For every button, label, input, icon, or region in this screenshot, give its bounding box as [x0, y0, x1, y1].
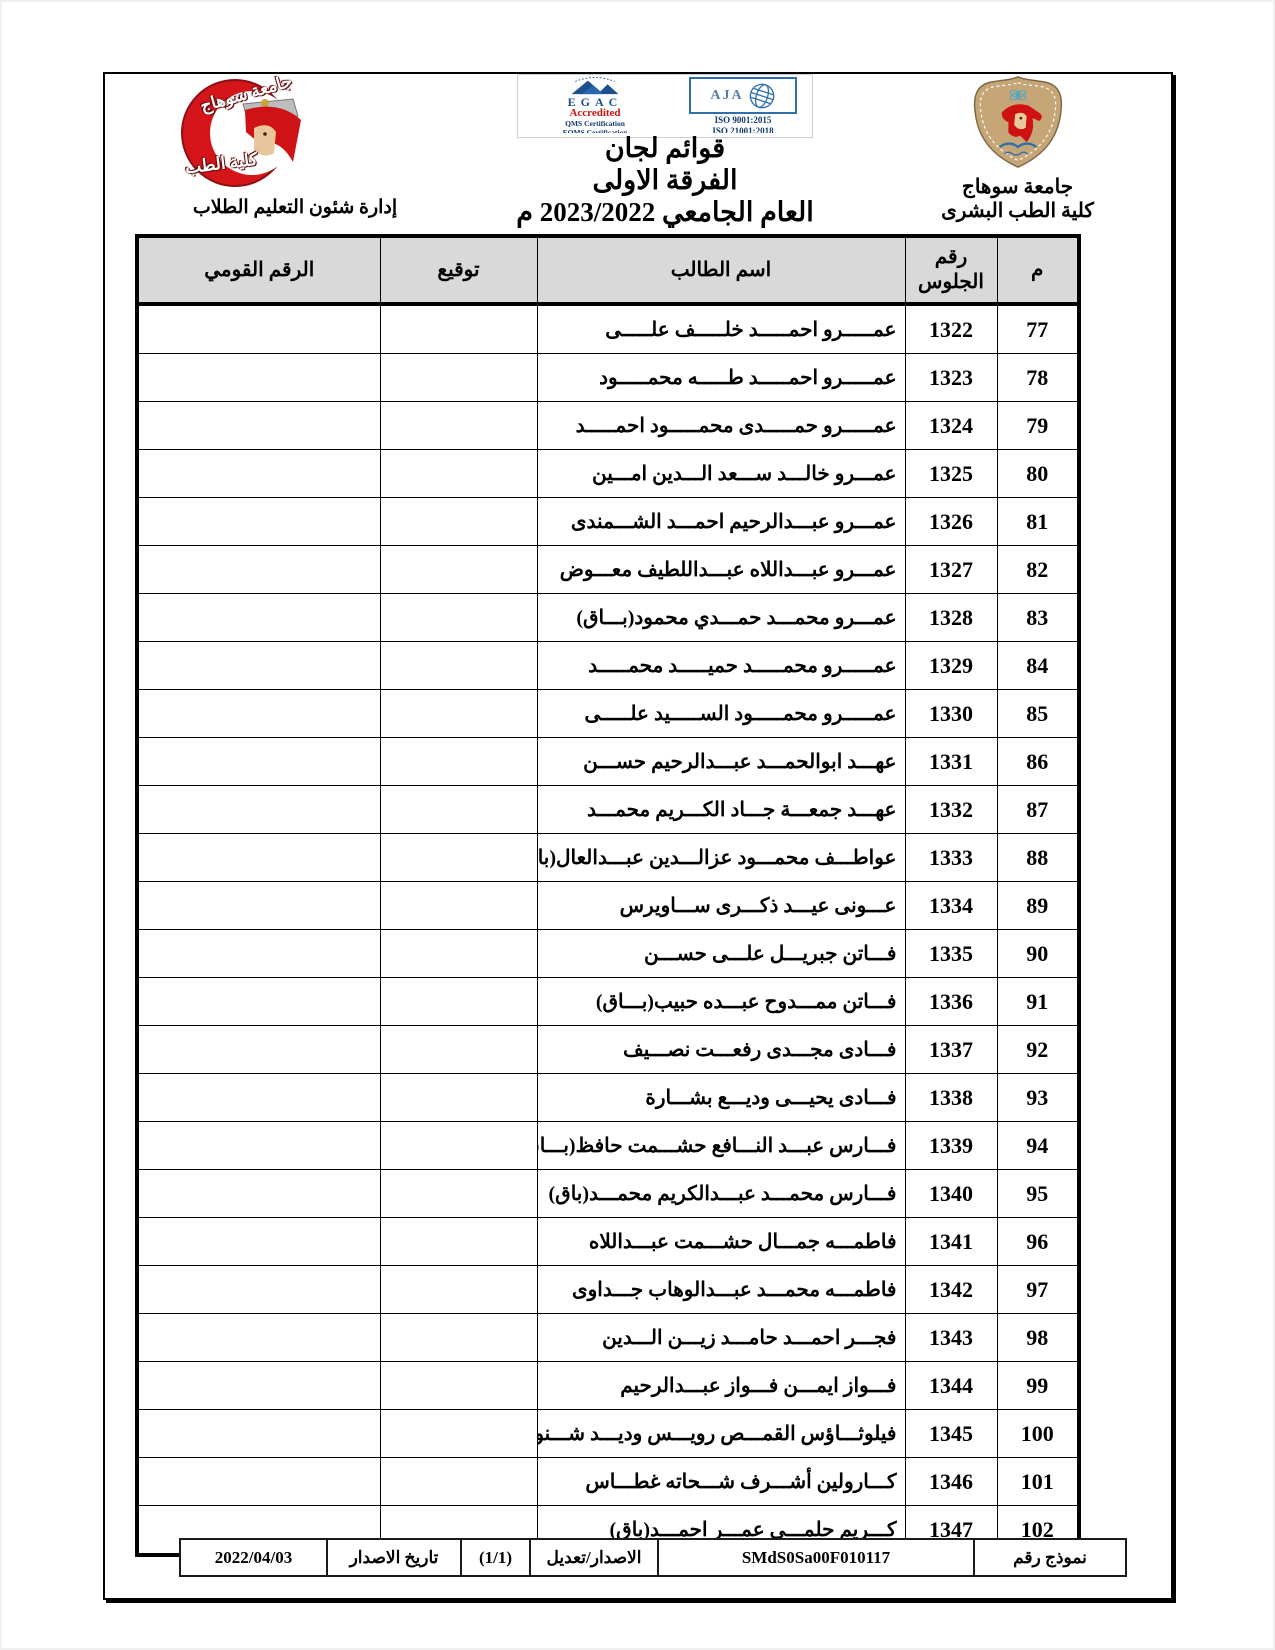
signature-cell	[380, 1458, 537, 1506]
student-row: 871332عهـــد جمعـــة جـــاد الكـــريم مح…	[137, 786, 1079, 834]
aja-logo: AJA ISO 9001:2015 ISO 21001:2018	[678, 77, 808, 133]
seat-number-cell: 1322	[905, 304, 997, 354]
issue-date-label: تاريخ الاصدار	[327, 1539, 461, 1576]
seat-number-cell: 1341	[905, 1218, 997, 1266]
form-number-label: نموذج رقم	[974, 1539, 1126, 1576]
student-affairs-caption: إدارة شئون التعليم الطلاب	[165, 196, 425, 219]
student-name-cell: فاطمـــه محمـــد عبـــدالوهاب جـــداوى	[537, 1266, 905, 1314]
seat-number-cell: 1325	[905, 450, 997, 498]
student-row: 861331عهـــد ابوالحمـــد عبـــدالرحيم حس…	[137, 738, 1079, 786]
university-branding: جامعة سوهاج كلية الطب البشرى	[895, 74, 1140, 223]
signature-cell	[380, 1218, 537, 1266]
student-row: 971342فاطمـــه محمـــد عبـــدالوهاب جـــ…	[137, 1266, 1079, 1314]
seat-number-cell: 1344	[905, 1362, 997, 1410]
index-cell: 81	[997, 498, 1079, 546]
national-id-cell	[137, 1410, 380, 1458]
student-row: 1011346كـــارولين أشـــرف شـــحاته غطـــ…	[137, 1458, 1079, 1506]
student-name-cell: عمـــرو محمـــد حمـــدي محمود(بـــاق)	[537, 594, 905, 642]
index-cell: 91	[997, 978, 1079, 1026]
seat-number-cell: 1327	[905, 546, 997, 594]
signature-cell	[380, 354, 537, 402]
national-id-cell	[137, 1026, 380, 1074]
roster-header-row: م رقم الجلوس اسم الطالب توقيع الرقم القو…	[137, 236, 1079, 304]
student-name-cell: فاطمـــه جمـــال حشـــمت عبـــداللاه	[537, 1218, 905, 1266]
student-row: 841329عمـــــرو محمـــــد حميـــــد محمـ…	[137, 642, 1079, 690]
index-cell: 93	[997, 1074, 1079, 1122]
col-header-seat-number: رقم الجلوس	[905, 236, 997, 304]
student-row: 891334عـــونى عيـــد ذكـــرى ســـاويرس	[137, 882, 1079, 930]
seat-number-cell: 1335	[905, 930, 997, 978]
egac-logo: EGAC Accredited QMS Certification EOMS C…	[520, 77, 670, 133]
student-name-cell: عمـــــرو حمـــــدى محمـــــود احمـــــد	[537, 402, 905, 450]
index-cell: 98	[997, 1314, 1079, 1362]
student-row: 1001345فيلوثـــاؤس القمـــص رويـــس وديـ…	[137, 1410, 1079, 1458]
student-row: 901335فـــاتن جبريـــل علـــى حســـن	[137, 930, 1079, 978]
index-cell: 92	[997, 1026, 1079, 1074]
seat-number-cell: 1333	[905, 834, 997, 882]
national-id-cell	[137, 738, 380, 786]
seat-number-cell: 1326	[905, 498, 997, 546]
seat-number-cell: 1323	[905, 354, 997, 402]
student-name-cell: فيلوثـــاؤس القمـــص رويـــس وديـــد شــ…	[537, 1410, 905, 1458]
egac-cert-line: QMS Certification	[520, 120, 670, 128]
national-id-cell	[137, 1170, 380, 1218]
student-name-cell: عمـــــرو محمـــــد حميـــــد محمـــــد	[537, 642, 905, 690]
national-id-cell	[137, 834, 380, 882]
national-id-cell	[137, 1314, 380, 1362]
student-row: 791324عمـــــرو حمـــــدى محمـــــود احم…	[137, 402, 1079, 450]
student-row: 851330عمـــــرو محمـــــود الســـــيد عل…	[137, 690, 1079, 738]
index-cell: 101	[997, 1458, 1079, 1506]
seat-number-cell: 1337	[905, 1026, 997, 1074]
student-name-cell: فـــواز ايمـــن فـــواز عبـــدالرحيم	[537, 1362, 905, 1410]
document-titles: قوائم لجان الفرقة الاولى العام الجامعي 2…	[505, 132, 825, 228]
national-id-cell	[137, 304, 380, 354]
page-border-frame: جامعة سوهاج كلية الطب إدارة شئون التعليم…	[103, 72, 1173, 1600]
student-name-cell: فـــادى مجـــدى رفعـــت نصـــيف	[537, 1026, 905, 1074]
seat-number-cell: 1331	[905, 738, 997, 786]
accreditation-logos: EGAC Accredited QMS Certification EOMS C…	[517, 74, 813, 138]
index-cell: 94	[997, 1122, 1079, 1170]
student-name-cell: عواطـــف محمـــود عزالـــدين عبـــدالعال…	[537, 834, 905, 882]
seat-number-cell: 1329	[905, 642, 997, 690]
signature-cell	[380, 1026, 537, 1074]
student-row: 881333عواطـــف محمـــود عزالـــدين عبـــ…	[137, 834, 1079, 882]
national-id-cell	[137, 450, 380, 498]
seat-number-cell: 1339	[905, 1122, 997, 1170]
signature-cell	[380, 1170, 537, 1218]
student-row: 831328عمـــرو محمـــد حمـــدي محمود(بـــ…	[137, 594, 1079, 642]
student-name-cell: فـــارس عبـــد النـــافع حشـــمت حافظ(بـ…	[537, 1122, 905, 1170]
national-id-cell	[137, 882, 380, 930]
student-name-cell: عـــونى عيـــد ذكـــرى ســـاويرس	[537, 882, 905, 930]
signature-cell	[380, 978, 537, 1026]
seat-number-cell: 1328	[905, 594, 997, 642]
index-cell: 90	[997, 930, 1079, 978]
national-id-cell	[137, 1362, 380, 1410]
issue-label: الاصدار/تعديل	[530, 1539, 658, 1576]
seat-number-cell: 1330	[905, 690, 997, 738]
egac-mountains-icon	[565, 77, 625, 95]
student-row: 981343فجـــر احمـــد حامـــد زيـــن الــ…	[137, 1314, 1079, 1362]
student-row: 781323عمـــــرو احمـــــد طـــــه محمـــ…	[137, 354, 1079, 402]
student-name-cell: عمـــرو عبـــداللاه عبـــداللطيف معـــوض	[537, 546, 905, 594]
issue-date-value: 2022/04/03	[180, 1539, 327, 1576]
index-cell: 78	[997, 354, 1079, 402]
signature-cell	[380, 930, 537, 978]
student-row: 811326عمـــرو عبـــدالرحيم احمـــد الشــ…	[137, 498, 1079, 546]
student-row: 921337فـــادى مجـــدى رفعـــت نصـــيف	[137, 1026, 1079, 1074]
aja-letters: AJA	[710, 88, 743, 104]
signature-cell	[380, 1266, 537, 1314]
signature-cell	[380, 642, 537, 690]
seat-number-cell: 1338	[905, 1074, 997, 1122]
national-id-cell	[137, 1122, 380, 1170]
index-cell: 89	[997, 882, 1079, 930]
university-name: جامعة سوهاج	[895, 175, 1140, 199]
signature-cell	[380, 546, 537, 594]
national-id-cell	[137, 1458, 380, 1506]
seat-number-cell: 1346	[905, 1458, 997, 1506]
signature-cell	[380, 1122, 537, 1170]
index-cell: 80	[997, 450, 1079, 498]
index-cell: 87	[997, 786, 1079, 834]
title-first-year: الفرقة الاولى	[505, 164, 825, 196]
form-number-value: SMdS0Sa00F010117	[658, 1539, 974, 1576]
roster-body: 771322عمـــــرو احمـــــد خلـــــف علـــ…	[137, 304, 1079, 1555]
index-cell: 97	[997, 1266, 1079, 1314]
student-row: 941339فـــارس عبـــد النـــافع حشـــمت ح…	[137, 1122, 1079, 1170]
index-cell: 82	[997, 546, 1079, 594]
col-header-national-id: الرقم القومي	[137, 236, 380, 304]
national-id-cell	[137, 1218, 380, 1266]
signature-cell	[380, 304, 537, 354]
national-id-cell	[137, 594, 380, 642]
national-id-cell	[137, 642, 380, 690]
signature-cell	[380, 498, 537, 546]
issue-value: (1/1)	[461, 1539, 530, 1576]
signature-cell	[380, 450, 537, 498]
col-header-student-name: اسم الطالب	[537, 236, 905, 304]
iso-line: ISO 9001:2015	[678, 115, 808, 125]
index-cell: 84	[997, 642, 1079, 690]
student-name-cell: عمـــرو خالـــد ســـعد الـــدين امـــين	[537, 450, 905, 498]
signature-cell	[380, 402, 537, 450]
form-meta-table: نموذج رقم SMdS0Sa00F010117 الاصدار/تعديل…	[179, 1538, 1127, 1577]
student-row: 821327عمـــرو عبـــداللاه عبـــداللطيف م…	[137, 546, 1079, 594]
student-name-cell: عمـــــرو احمـــــد طـــــه محمـــــود	[537, 354, 905, 402]
title-committee-lists: قوائم لجان	[505, 132, 825, 164]
index-cell: 96	[997, 1218, 1079, 1266]
student-row: 931338فـــادى يحيـــى وديـــع بشـــارة	[137, 1074, 1079, 1122]
national-id-cell	[137, 546, 380, 594]
national-id-cell	[137, 498, 380, 546]
national-id-cell	[137, 1266, 380, 1314]
national-id-cell	[137, 402, 380, 450]
index-cell: 99	[997, 1362, 1079, 1410]
national-id-cell	[137, 978, 380, 1026]
student-row: 801325عمـــرو خالـــد ســـعد الـــدين ام…	[137, 450, 1079, 498]
signature-cell	[380, 594, 537, 642]
national-id-cell	[137, 786, 380, 834]
student-row: 771322عمـــــرو احمـــــد خلـــــف علـــ…	[137, 304, 1079, 354]
form-meta-row: نموذج رقم SMdS0Sa00F010117 الاصدار/تعديل…	[180, 1539, 1126, 1576]
university-shield-icon	[965, 74, 1071, 170]
col-header-signature: توقيع	[380, 236, 537, 304]
seat-number-cell: 1343	[905, 1314, 997, 1362]
seat-number-cell: 1345	[905, 1410, 997, 1458]
index-cell: 85	[997, 690, 1079, 738]
national-id-cell	[137, 930, 380, 978]
student-row: 961341فاطمـــه جمـــال حشـــمت عبـــدالل…	[137, 1218, 1079, 1266]
signature-cell	[380, 1410, 537, 1458]
signature-cell	[380, 738, 537, 786]
signature-cell	[380, 1362, 537, 1410]
faculty-crescent-logo-group: جامعة سوهاج كلية الطب إدارة شئون التعليم…	[147, 76, 347, 191]
aja-logo-box: AJA	[689, 77, 797, 114]
signature-cell	[380, 786, 537, 834]
seat-number-cell: 1342	[905, 1266, 997, 1314]
index-cell: 86	[997, 738, 1079, 786]
index-cell: 83	[997, 594, 1079, 642]
aja-globe-icon	[748, 82, 776, 110]
signature-cell	[380, 690, 537, 738]
faculty-name: كلية الطب البشرى	[895, 199, 1140, 223]
student-row: 951340فـــارس محمـــد عبـــدالكريم محمــ…	[137, 1170, 1079, 1218]
index-cell: 77	[997, 304, 1079, 354]
student-name-cell: فـــاتن ممـــدوح عبـــده حبيب(بـــاق)	[537, 978, 905, 1026]
student-name-cell: عمـــــرو احمـــــد خلـــــف علـــــى	[537, 304, 905, 354]
national-id-cell	[137, 1074, 380, 1122]
index-cell: 100	[997, 1410, 1079, 1458]
seat-number-cell: 1336	[905, 978, 997, 1026]
col-header-index: م	[997, 236, 1079, 304]
student-name-cell: عهـــد جمعـــة جـــاد الكـــريم محمـــد	[537, 786, 905, 834]
national-id-cell	[137, 690, 380, 738]
signature-cell	[380, 834, 537, 882]
egac-accredited-label: Accredited	[520, 108, 670, 119]
student-name-cell: عمـــــرو محمـــــود الســـــيد علـــــى	[537, 690, 905, 738]
seat-number-cell: 1340	[905, 1170, 997, 1218]
index-cell: 95	[997, 1170, 1079, 1218]
index-cell: 79	[997, 402, 1079, 450]
student-name-cell: فـــادى يحيـــى وديـــع بشـــارة	[537, 1074, 905, 1122]
student-name-cell: عمـــرو عبـــدالرحيم احمـــد الشـــمندى	[537, 498, 905, 546]
student-name-cell: كـــارولين أشـــرف شـــحاته غطـــاس	[537, 1458, 905, 1506]
student-name-cell: عهـــد ابوالحمـــد عبـــدالرحيم حســـن	[537, 738, 905, 786]
signature-cell	[380, 1314, 537, 1362]
document-page: جامعة سوهاج كلية الطب إدارة شئون التعليم…	[0, 0, 1275, 1650]
title-academic-year: العام الجامعي 2023/2022 م	[505, 196, 825, 228]
student-name-cell: فجـــر احمـــد حامـــد زيـــن الـــدين	[537, 1314, 905, 1362]
student-name-cell: فـــاتن جبريـــل علـــى حســـن	[537, 930, 905, 978]
student-row: 911336فـــاتن ممـــدوح عبـــده حبيب(بـــ…	[137, 978, 1079, 1026]
seat-number-cell: 1324	[905, 402, 997, 450]
national-id-cell	[137, 354, 380, 402]
index-cell: 88	[997, 834, 1079, 882]
students-roster-table: م رقم الجلوس اسم الطالب توقيع الرقم القو…	[135, 234, 1081, 1557]
seat-number-cell: 1332	[905, 786, 997, 834]
signature-cell	[380, 882, 537, 930]
student-name-cell: فـــارس محمـــد عبـــدالكريم محمـــد(باق…	[537, 1170, 905, 1218]
signature-cell	[380, 1074, 537, 1122]
student-row: 991344فـــواز ايمـــن فـــواز عبـــدالرح…	[137, 1362, 1079, 1410]
seat-number-cell: 1334	[905, 882, 997, 930]
